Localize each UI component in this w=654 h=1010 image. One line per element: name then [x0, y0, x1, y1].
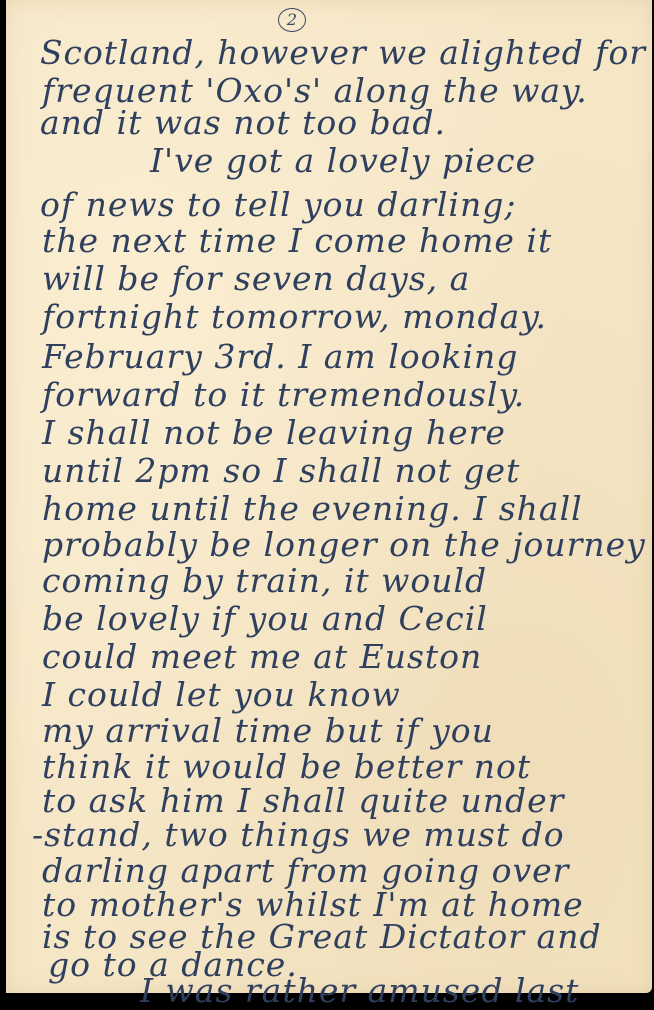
handwritten-line: Scotland, however we alighted for [40, 34, 646, 72]
handwritten-line: of news to tell you darling; [40, 186, 516, 224]
handwritten-line: until 2pm so I shall not get [42, 452, 520, 490]
handwritten-line: home until the evening. I shall [42, 490, 583, 528]
handwritten-line: the next time I come home it [42, 222, 552, 260]
handwritten-line: -stand, two things we must do [32, 816, 565, 854]
handwritten-line: probably be longer on the journey [42, 526, 646, 564]
handwritten-line: I shall not be leaving here [42, 414, 506, 452]
handwritten-line: will be for seven days, a [42, 260, 470, 298]
handwritten-line: my arrival time but if you [42, 712, 494, 750]
handwritten-line: and it was not too bad. [40, 104, 446, 142]
handwritten-line: be lovely if you and Cecil [42, 600, 488, 638]
handwritten-line: February 3rd. I am looking [42, 338, 518, 376]
handwritten-line: fortnight tomorrow, monday. [42, 298, 547, 336]
handwritten-line: I could let you know [42, 676, 401, 714]
handwritten-line: forward to it tremendously. [42, 376, 525, 414]
page-number-circle: 2 [278, 8, 306, 32]
handwritten-line: could meet me at Euston [42, 638, 482, 676]
handwritten-line: I was rather amused last [140, 972, 579, 1000]
letter-page: 2 Scotland, however we alighted forfrequ… [6, 0, 652, 993]
handwritten-line: I've got a lovely piece [150, 142, 536, 180]
handwritten-line: coming by train, it would [42, 562, 487, 600]
